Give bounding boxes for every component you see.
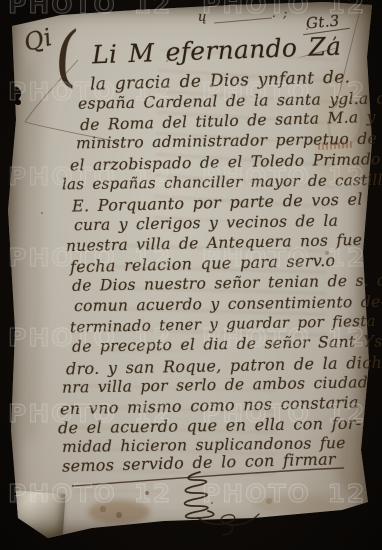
signature-rubric bbox=[160, 468, 280, 538]
manuscript-ink-layer: Qi ( Li M eƒernando Za ’ ų . ; Gt.3 la g… bbox=[0, 0, 382, 550]
top-flourish-stroke bbox=[214, 17, 272, 23]
stray-line bbox=[8, 50, 158, 150]
manuscript-text-line: de precepto el dia de señor Sant Ysi bbox=[72, 332, 382, 356]
top-ink-dots: . ; bbox=[272, 6, 288, 20]
manuscript-photo: Qi ( Li M eƒernando Za ’ ų . ; Gt.3 la g… bbox=[0, 0, 382, 550]
manuscript-text-line: cura y clerigos y vecinos de la bbox=[74, 212, 338, 235]
top-center-mark: ų bbox=[198, 10, 207, 25]
